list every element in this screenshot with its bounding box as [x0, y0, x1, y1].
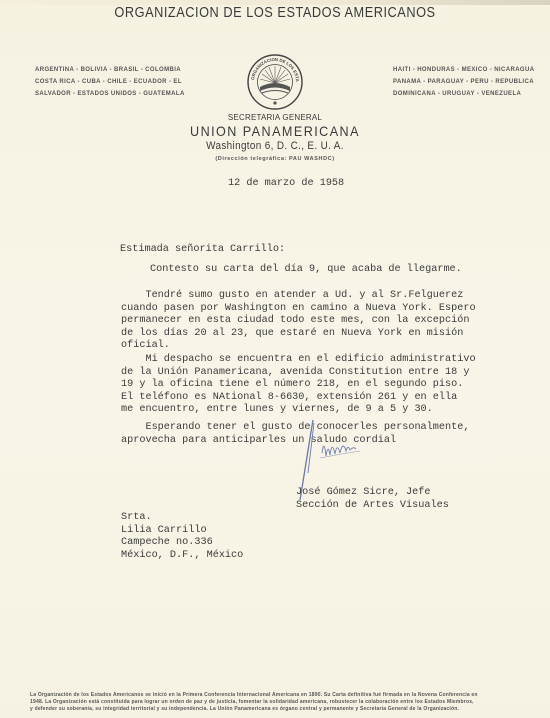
footer-line: 1948. La Organización está constituida p… [30, 699, 550, 706]
letter-page: ORGANIZACION DE LOS ESTADOS AMERICANOS A… [0, 0, 550, 718]
countries-line: SALVADOR - ESTADOS UNIDOS - GUATEMALA [35, 88, 185, 100]
recipient-address: Srta. Lilia Carrillo Campeche no.336 Méx… [121, 512, 243, 562]
signatory-block: José Gómez Sicre, Jefe Sección de Artes … [296, 487, 449, 512]
paragraph-1: Contesto su carta del día 9, que acaba d… [150, 264, 462, 277]
salutation: Estimada señorita Carrillo: [120, 244, 285, 257]
union-panamericana: UNION PANAMERICANA [28, 123, 523, 139]
member-countries-left: ARGENTINA - BOLIVIA - BRASIL - COLOMBIA … [35, 64, 185, 100]
letter-date: 12 de marzo de 1958 [228, 178, 344, 191]
paragraph-2: Tendré sumo gusto en atender a Ud. y al … [121, 290, 476, 353]
countries-line: ARGENTINA - BOLIVIA - BRASIL - COLOMBIA [35, 64, 185, 76]
oas-seal-icon: ORGANIZACION DE LOS ESTADOS AMERICANOS [246, 53, 304, 111]
countries-line: PANAMA - PARAGUAY - PERU - REPUBLICA [393, 76, 534, 88]
footer-line: y defender su soberanía, su integridad t… [30, 706, 550, 713]
countries-line: DOMINICANA - URUGUAY - VENEZUELA [393, 88, 534, 100]
footer-line: La Organización de los Estados Americano… [30, 692, 550, 699]
member-countries-right: HAITI - HONDURAS - MEXICO - NICARAGUA PA… [393, 64, 534, 100]
countries-line: COSTA RICA - CUBA - CHILE - ECUADOR - EL [35, 76, 185, 88]
letterhead-address: Washington 6, D. C., E. U. A. [28, 140, 523, 152]
organization-title: ORGANIZACION DE LOS ESTADOS AMERICANOS [33, 5, 517, 21]
countries-line: HAITI - HONDURAS - MEXICO - NICARAGUA [393, 64, 534, 76]
paragraph-3: Mi despacho se encuentra en el edificio … [121, 354, 476, 417]
footer-note: La Organización de los Estados Americano… [30, 692, 550, 713]
telegraph-address: (Dirección telegráfica: PAU WASHDC) [0, 156, 550, 162]
secretaria-general: SECRETARIA GENERAL [0, 113, 550, 122]
